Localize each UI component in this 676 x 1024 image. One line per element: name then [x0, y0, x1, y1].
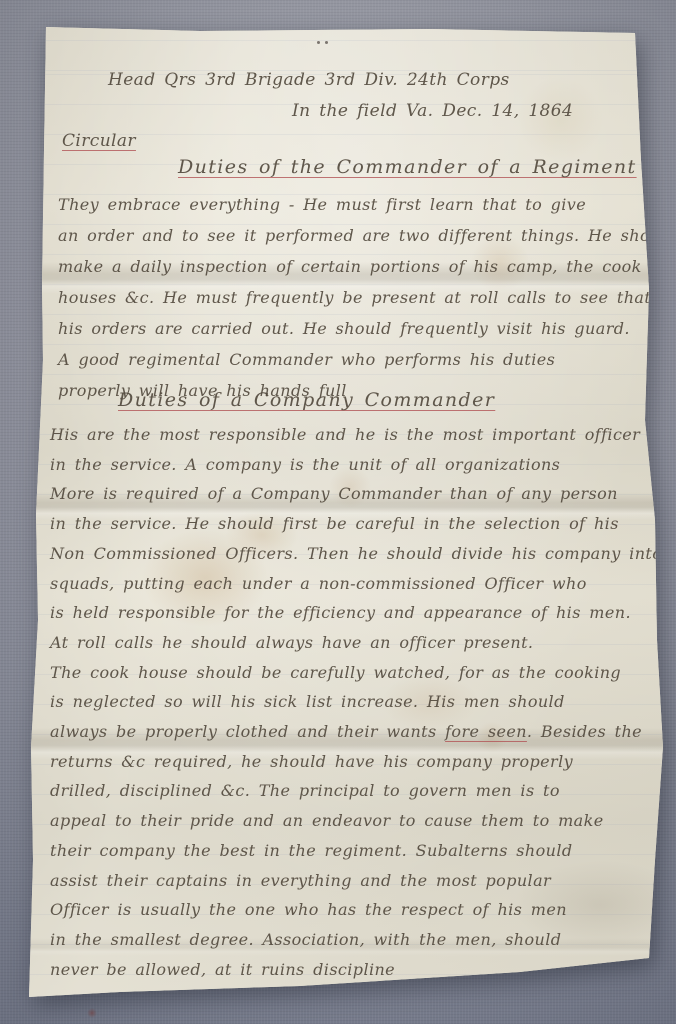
- handwritten-line: make a daily inspection of certain porti…: [58, 251, 642, 282]
- foreseen-pre: always be properly clothed and their wan…: [50, 722, 445, 741]
- handwritten-line: in the service. He should first be caref…: [50, 509, 646, 539]
- section1-paragraph: They embrace everything - He must first …: [58, 189, 642, 406]
- handwritten-line: appeal to their pride and an endeavor to…: [50, 806, 646, 836]
- foreseen-post: . Besides the: [527, 722, 642, 741]
- handwritten-line: More is required of a Company Commander …: [50, 479, 646, 509]
- handwritten-line: his orders are carried out. He should fr…: [58, 313, 642, 344]
- handwritten-line: His are the most responsible and he is t…: [50, 420, 646, 450]
- handwritten-line: At roll calls he should always have an o…: [50, 628, 646, 658]
- handwritten-line: returns &c required, he should have his …: [50, 747, 646, 777]
- handwritten-line: Officer is usually the one who has the r…: [50, 895, 646, 925]
- handwritten-line: houses &c. He must frequently be present…: [58, 282, 642, 313]
- foreseen-emphasis: fore seen: [445, 722, 527, 741]
- section2-heading: Duties of a Company Commander: [118, 389, 495, 411]
- handwritten-line: Non Commissioned Officers. Then he shoul…: [50, 539, 646, 569]
- handwritten-line: assist their captains in everything and …: [50, 866, 646, 896]
- handwritten-line-foreseen: always be properly clothed and their wan…: [50, 717, 646, 747]
- handwritten-line: their company the best in the regiment. …: [50, 836, 646, 866]
- letter-paper: Head Qrs 3rd Brigade 3rd Div. 24th Corps…: [0, 0, 676, 1024]
- handwritten-line: in the service. A company is the unit of…: [50, 450, 646, 480]
- handwritten-line: The cook house should be carefully watch…: [50, 658, 646, 688]
- handwritten-line: drilled, disciplined &c. The principal t…: [50, 776, 646, 806]
- circular-label: Circular: [62, 131, 136, 151]
- handwritten-line: A good regimental Commander who performs…: [58, 344, 642, 375]
- handwritten-line: squads, putting each under a non-commiss…: [50, 569, 646, 599]
- handwritten-line: is held responsible for the efficiency a…: [50, 598, 646, 628]
- handwritten-line: in the smallest degree. Association, wit…: [50, 925, 646, 955]
- handwritten-line: never be allowed, at it ruins discipline: [50, 955, 646, 985]
- handwritten-line: an order and to see it performed are two…: [58, 220, 642, 251]
- handwritten-line: They embrace everything - He must first …: [58, 189, 642, 220]
- header-unit-line: Head Qrs 3rd Brigade 3rd Div. 24th Corps: [108, 70, 510, 90]
- handwritten-line: is neglected so will his sick list incre…: [50, 687, 646, 717]
- handwritten-content: Head Qrs 3rd Brigade 3rd Div. 24th Corps…: [0, 0, 676, 1024]
- section2-paragraph: His are the most responsible and he is t…: [50, 420, 646, 984]
- paper-shadow: Head Qrs 3rd Brigade 3rd Div. 24th Corps…: [0, 0, 676, 1024]
- photo-of-document: Head Qrs 3rd Brigade 3rd Div. 24th Corps…: [0, 0, 676, 1024]
- section1-heading: Duties of the Commander of a Regiment: [178, 156, 637, 178]
- header-date-line: In the field Va. Dec. 14, 1864: [292, 101, 573, 121]
